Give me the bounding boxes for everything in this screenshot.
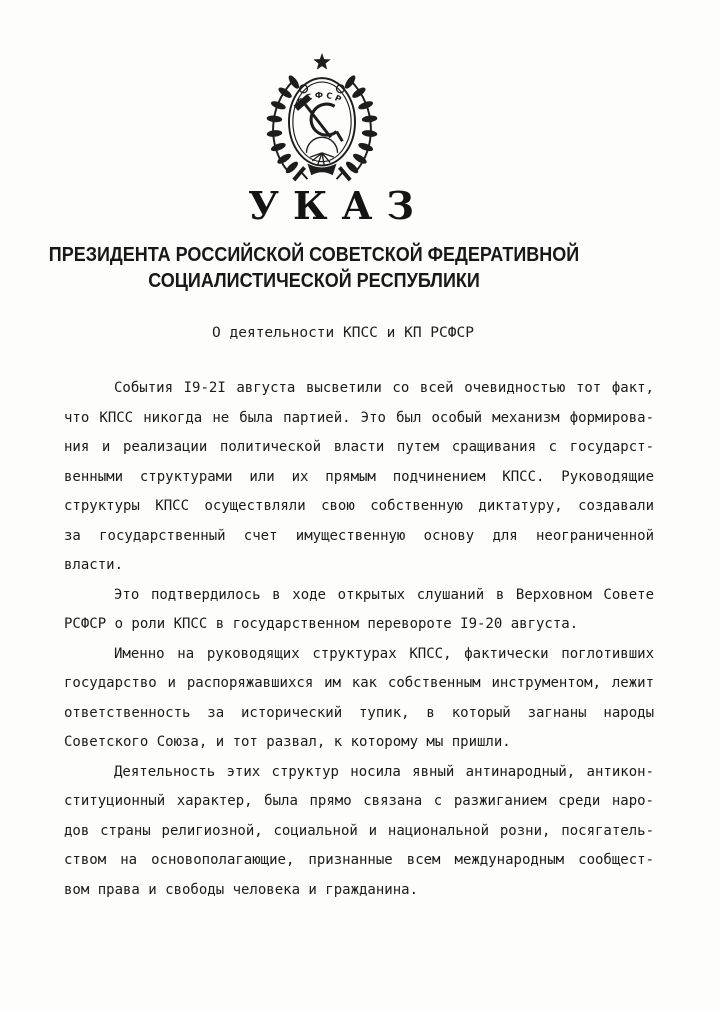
body-line: ния и реализации политической власти пут…: [64, 433, 654, 463]
issuer-heading: ПРЕЗИДЕНТА РОССИЙСКОЙ СОВЕТСКОЙ ФЕДЕРАТИ…: [31, 242, 596, 294]
issuer-line-2: СОЦИАЛИСТИЧЕСКОЙ РЕСПУБЛИКИ: [31, 268, 596, 294]
body-line: дов страны религиозной, социальной и нац…: [64, 817, 654, 847]
body-line: за государственный счет имущественную ос…: [64, 522, 654, 552]
body-line: что КПСС никогда не была партией. Это бы…: [64, 404, 654, 434]
hammer-and-sickle-icon: [296, 97, 343, 142]
body-line: государство и распоряжавшихся им как соб…: [64, 669, 654, 699]
star-icon: [313, 53, 330, 70]
body-line: События I9-2I августа высветили со всей …: [64, 374, 654, 404]
body-line: власти.: [64, 551, 654, 581]
body-line: Это подтвердилось в ходе открытых слушан…: [64, 581, 654, 611]
body-line: венными структурами или их прямым подчин…: [64, 463, 654, 493]
body-line: Деятельность этих структур носила явный …: [64, 758, 654, 788]
body-line: ституционный характер, была прямо связан…: [64, 787, 654, 817]
document-type-title: УКАЗ: [0, 184, 662, 228]
body-line: ством на основополагающие, признанные вс…: [64, 846, 654, 876]
decree-document-page: РСФСР: [0, 0, 720, 1013]
body-line: Советского Союза, и тот развал, к которо…: [64, 728, 654, 758]
document-body: События I9-2I августа высветили со всей …: [64, 374, 654, 905]
body-line: структуры КПСС осуществляли свою собстве…: [64, 492, 654, 522]
document-subject: О деятельности КПСС и КП РСФСР: [0, 323, 686, 343]
body-line: вом права и свободы человека и гражданин…: [64, 876, 654, 906]
body-line: ответственность за исторический тупик, в…: [64, 699, 654, 729]
issuer-line-1: ПРЕЗИДЕНТА РОССИЙСКОЙ СОВЕТСКОЙ ФЕДЕРАТИ…: [31, 242, 596, 268]
body-line: РСФСР о роли КПСС в государственном пере…: [64, 610, 654, 640]
rsfsr-coat-of-arms-icon: РСФСР: [249, 50, 395, 182]
body-line: Именно на руководящих структурах КПСС, ф…: [64, 640, 654, 670]
